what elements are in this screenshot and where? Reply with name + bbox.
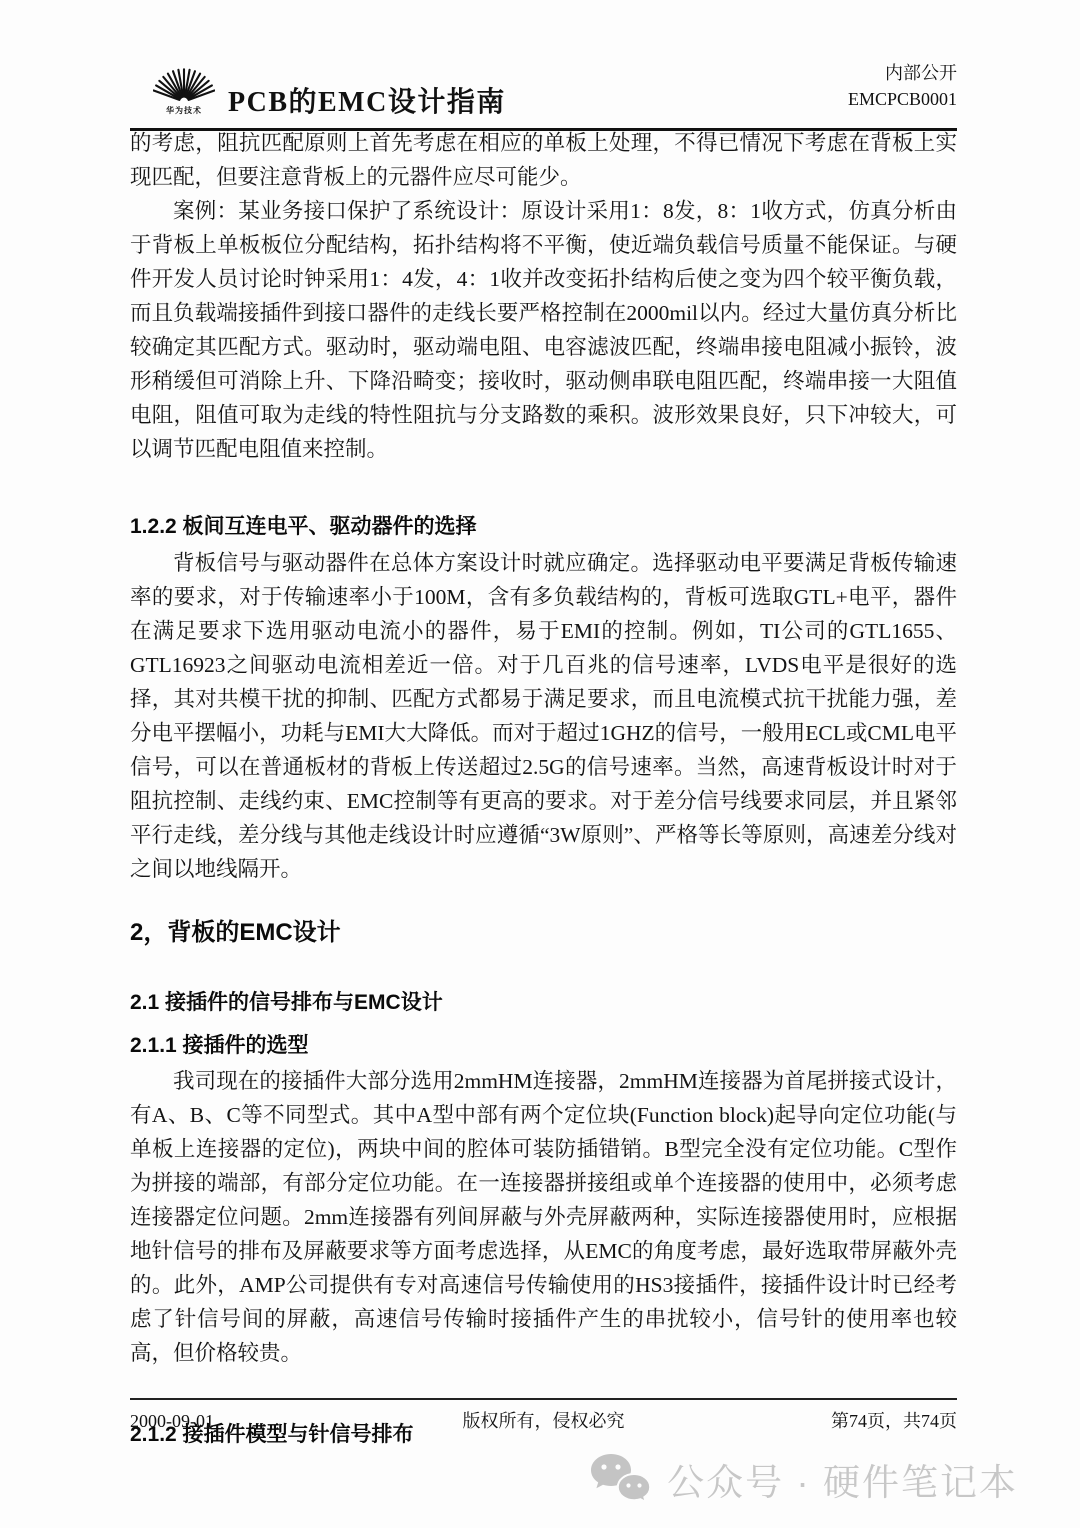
paragraph-drive-level-selection: 背板信号与驱动器件在总体方案设计时就应确定。选择驱动电平要满足背板传输速率的要求… <box>130 546 957 886</box>
document-page: 华为技术 PCB的EMC设计指南 内部公开 EMCPCB0001 的考虑，阻抗匹… <box>0 0 1080 1528</box>
header-meta: 内部公开 EMCPCB0001 <box>848 60 957 112</box>
paragraph-case-study: 案例：某业务接口保护了系统设计：原设计采用1：8发，8：1收方式，仿真分析由于背… <box>130 194 957 466</box>
document-number: EMCPCB0001 <box>848 86 957 112</box>
heading-2: 2，背板的EMC设计 <box>130 916 957 950</box>
wechat-watermark: 公众号 · 硬件笔记本 <box>589 1452 1018 1506</box>
classification-label: 内部公开 <box>848 60 957 86</box>
wechat-icon <box>589 1452 653 1506</box>
paragraph-impedance-match-continued: 的考虑，阻抗匹配原则上首先考虑在相应的单板上处理，不得已情况下考虑在背板上实现匹… <box>130 126 957 194</box>
footer-page-number: 第74页，共74页 <box>831 1407 957 1433</box>
logo-caption: 华为技术 <box>148 105 220 116</box>
watermark-text: 公众号 · 硬件笔记本 <box>667 1452 1018 1506</box>
heading-2-1-1: 2.1.1 接插件的选型 <box>130 1029 957 1063</box>
paragraph-connector-selection: 我司现在的接插件大部分选用2mmHM连接器，2mmHM连接器为首尾拼接式设计，有… <box>130 1064 957 1370</box>
document-title: PCB的EMC设计指南 <box>228 80 506 120</box>
document-body: 的考虑，阻抗匹配原则上首先考虑在相应的单板上处理，不得已情况下考虑在背板上实现匹… <box>130 126 957 1452</box>
company-logo: 华为技术 <box>148 52 220 116</box>
heading-1-2-2: 1.2.2 板间互连电平、驱动器件的选择 <box>130 510 957 544</box>
fan-logo-icon <box>153 52 215 104</box>
heading-2-1: 2.1 接插件的信号排布与EMC设计 <box>130 986 957 1020</box>
footer-date: 2000-09-01 <box>130 1411 214 1432</box>
page-footer: 版权所有，侵权必究 2000-09-01 第74页，共74页 <box>130 1398 957 1433</box>
